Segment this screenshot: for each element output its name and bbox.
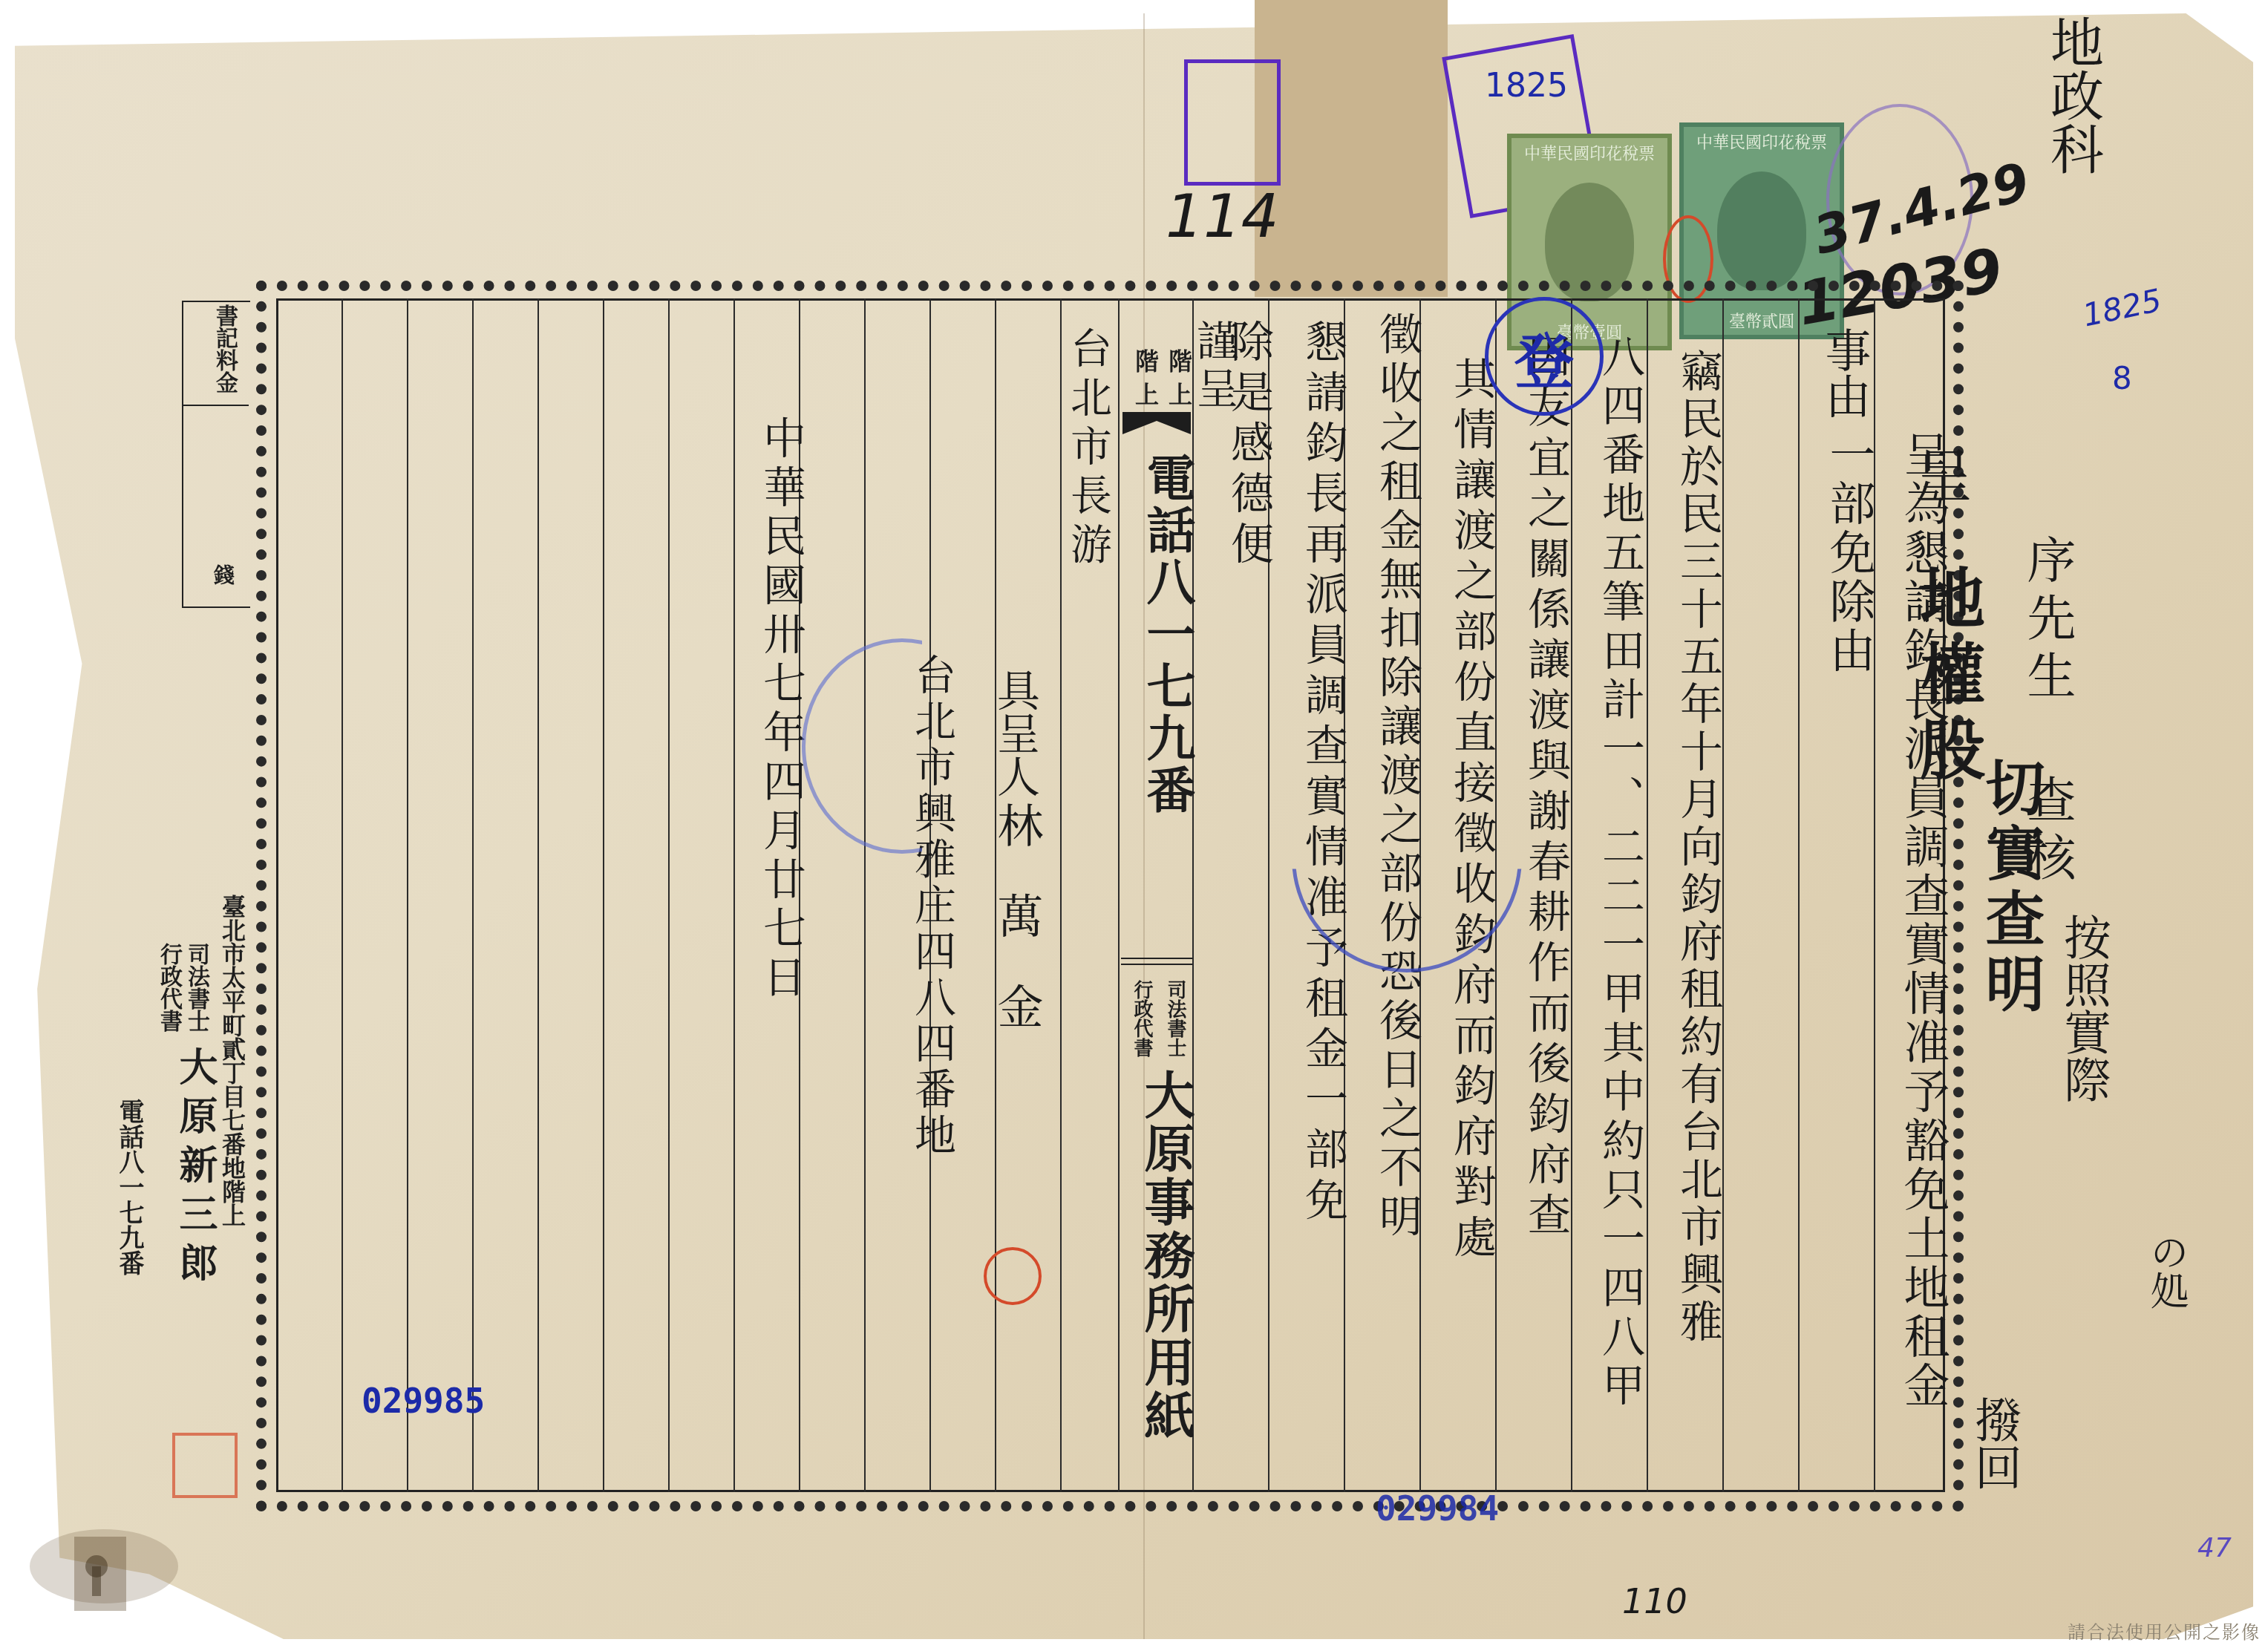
annotation-return: 撥回 — [1960, 1396, 2028, 1491]
proprietor-name: 大原新三郎 — [167, 1047, 223, 1292]
annotation-investigate: 切實查明 — [1967, 757, 2053, 1018]
subject-label: 事由 — [1811, 327, 1878, 419]
column-rule — [537, 298, 539, 1492]
column-rule — [472, 298, 474, 1492]
corner-note: 47 — [2197, 1533, 2232, 1563]
printed-phone: 電話八一七九番 — [1132, 453, 1203, 817]
fee-box-divider — [182, 405, 249, 406]
proprietor-red-seal — [172, 1433, 238, 1498]
body-line-1: 竊民於民三十五年十月向鈞府租約有台北市興雅 — [1667, 349, 1729, 1492]
subject-text: 呈為懇請鈞長派員調查實情准予豁免土地租金一部免除由 — [1811, 431, 1960, 1455]
floor-label-top: 階 — [1128, 349, 1163, 373]
closing-present: 謹呈 — [1184, 319, 1244, 414]
addressee-office: 地政科 — [2034, 15, 2111, 175]
left-title-2: 行政代書 — [152, 943, 185, 1032]
registered-seal: 登 — [1485, 297, 1604, 416]
petitioner-name: 林萬金 — [984, 802, 1050, 1073]
left-phone: 電話八一七九番 — [111, 1099, 148, 1275]
column-rule — [341, 298, 343, 1492]
recipient: 台北市長游 — [1058, 327, 1117, 572]
top-left-number: 114 — [1166, 182, 1279, 251]
annotation-note: の処 — [2138, 1232, 2194, 1309]
box-number: 1825 — [1485, 67, 1568, 105]
bottom-page-number: 110 — [1622, 1581, 1687, 1621]
column-rule — [407, 298, 408, 1492]
column-rule — [668, 298, 670, 1492]
column-rule — [864, 298, 866, 1492]
title-administrative-scrivener: 行政代書 — [1128, 980, 1156, 1057]
petitioner-label: 具呈人 — [984, 668, 1046, 797]
annotation-actual: 按照實際 — [2049, 913, 2117, 1103]
body-line-3: 因友宜之關係讓渡與謝春耕作而後鈞府查 — [1514, 334, 1577, 1477]
floor-label-bottom: 上 — [1128, 382, 1163, 406]
fee-box-label: 書記料金 — [208, 304, 241, 393]
usage-watermark: 請合法使用公開之影像 — [2068, 1618, 2261, 1644]
column-rule — [733, 298, 735, 1492]
petition-date: 中華民國卅七年四月廿七日 — [750, 416, 812, 1004]
paper-tape-strip — [1255, 0, 1448, 297]
fee-box-unit: 錢 — [208, 564, 238, 585]
office-name: 大原事務所用紙 — [1130, 1069, 1202, 1443]
column-rule — [1798, 298, 1800, 1492]
column-rule — [603, 298, 604, 1492]
title-judicial-scrivener: 司法書士 — [1162, 980, 1189, 1057]
registration-box-stamp — [1184, 59, 1281, 186]
body-line-2: 八四番地五筆田計一、二二一甲其中約只一四八甲 — [1589, 334, 1651, 1477]
divider — [1121, 958, 1192, 965]
column-rule — [1118, 298, 1120, 1492]
petitioner-personal-seal — [984, 1247, 1042, 1305]
serial-number-left: 029985 — [362, 1381, 485, 1421]
archive-logo-icon — [22, 1522, 186, 1633]
side-number-sub: 8 — [2112, 360, 2132, 396]
